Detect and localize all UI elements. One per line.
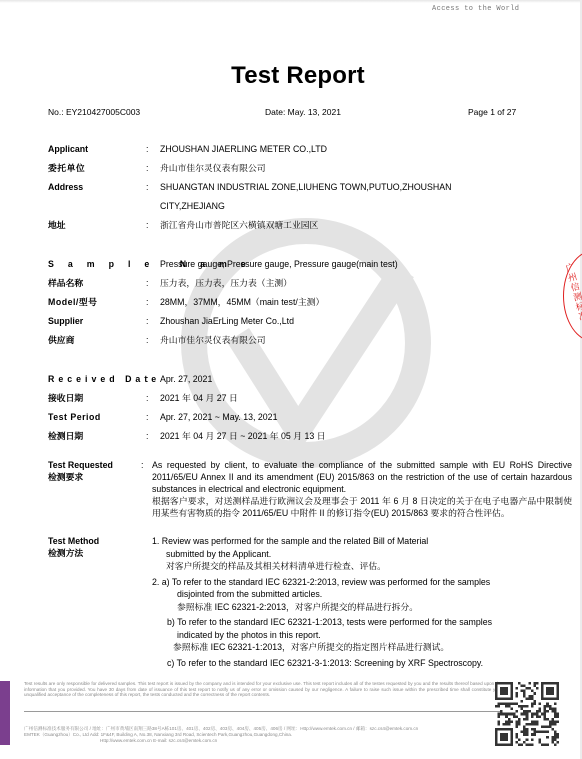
field-colon: : xyxy=(146,334,148,346)
test-requested-label: Test Requested 检测要求 xyxy=(48,459,113,483)
test-method-line: indicated by the photos in this report. xyxy=(152,629,572,642)
test-method-line: disjointed from the submitted articles. xyxy=(152,588,572,601)
footer-contact: Http://www.emtek.com.cn E-mail: szc.cs4@… xyxy=(100,738,217,743)
test-method-line: 1. Review was performed for the sample a… xyxy=(152,535,572,548)
test-requested-text: As requested by client, to evaluate the … xyxy=(152,459,572,519)
field-colon: : xyxy=(146,162,148,174)
test-method-line: c) To refer to the standard IEC 62321-3-… xyxy=(152,657,572,670)
field-label: Test Period xyxy=(48,411,101,423)
field-value: 浙江省舟山市普陀区六横镇双塘工业园区 xyxy=(160,219,318,231)
test-requested-cn: 根据客户要求，对送测样品进行欧洲议会及理事会于 2011 年 6 月 8 日决定… xyxy=(152,495,572,519)
field-value: Zhoushan JiaErLing Meter Co.,Ltd xyxy=(160,315,294,327)
field-colon: : xyxy=(146,373,148,385)
test-method-list: 1. Review was performed for the sample a… xyxy=(152,535,572,669)
footer-divider xyxy=(24,711,502,712)
test-method-label: Test Method 检测方法 xyxy=(48,535,99,559)
test-method-line: 参照标准 IEC 62321-1:2013，对客户所提交的指定图片样品进行测试。 xyxy=(152,641,572,654)
field-value: 28MM，37MM，45MM（main test/主测） xyxy=(160,296,324,308)
field-value: CITY,ZHEJIANG xyxy=(160,200,225,212)
page-number: Page 1 of 27 xyxy=(468,107,516,117)
field-colon: : xyxy=(146,411,148,423)
field-value: 舟山市佳尔灵仪表有限公司 xyxy=(160,334,266,346)
field-colon: : xyxy=(146,430,148,442)
field-colon: : xyxy=(146,277,148,289)
field-value: Apr. 27, 2021 xyxy=(160,373,212,385)
test-method-line: 对客户所提交的样品及其相关材料清单进行检查、评估。 xyxy=(152,560,572,573)
page-title: Test Report xyxy=(0,62,582,90)
test-method-line: 参照标准 IEC 62321-2:2013，对客户所提交的样品进行拆分。 xyxy=(152,601,572,614)
field-label: 委托单位 xyxy=(48,162,85,174)
field-colon: : xyxy=(146,143,148,155)
field-label: 样品名称 xyxy=(48,277,83,289)
field-colon: : xyxy=(146,296,148,308)
field-label: Address xyxy=(48,181,83,193)
test-method-line: 2. a) To refer to the standard IEC 62321… xyxy=(152,576,572,589)
field-colon: : xyxy=(146,181,148,193)
report-date: Date: May. 13, 2021 xyxy=(265,107,341,117)
field-label: Received Date xyxy=(48,373,160,385)
field-colon: : xyxy=(146,392,148,404)
field-value: Pressure gauge, Pressure gauge, Pressure… xyxy=(160,258,398,270)
field-value: 舟山市佳尔灵仪表有限公司 xyxy=(160,162,266,174)
field-colon: : xyxy=(146,258,148,270)
test-requested-colon: : xyxy=(141,459,143,471)
field-value: ZHOUSHAN JIAERLING METER CO.,LTD xyxy=(160,143,327,155)
top-shadow xyxy=(0,0,582,3)
field-label: Model/型号 xyxy=(48,296,97,308)
field-label: 地址 xyxy=(48,219,66,231)
field-colon: : xyxy=(146,219,148,231)
field-label: Applicant xyxy=(48,143,88,155)
field-value: SHUANGTAN INDUSTRIAL ZONE,LIUHENG TOWN,P… xyxy=(160,181,451,193)
field-label: 检测日期 xyxy=(48,430,83,442)
field-value: 压力表，压力表，压力表（主测） xyxy=(160,277,292,289)
report-number: No.: EY210427005C003 xyxy=(48,107,140,117)
field-value: Apr. 27, 2021 ~ May. 13, 2021 xyxy=(160,411,277,423)
footer-disclaimer: Test results are only responsible for de… xyxy=(24,681,502,698)
test-requested-en: As requested by client, to evaluate the … xyxy=(152,459,572,495)
tagline: Access to the World xyxy=(432,5,519,13)
field-value: 2021 年 04 月 27 日 ~ 2021 年 05 月 13 日 xyxy=(160,430,326,442)
test-method-line: b) To refer to the standard IEC 62321-1:… xyxy=(152,616,572,629)
field-colon: : xyxy=(146,315,148,327)
qr-code-icon xyxy=(495,682,559,746)
field-label: Supplier xyxy=(48,315,83,327)
brand-bar xyxy=(0,681,10,745)
field-value: 2021 年 04 月 27 日 xyxy=(160,392,238,404)
test-method-line: submitted by the Applicant. xyxy=(152,548,572,561)
field-label: 供应商 xyxy=(48,334,74,346)
field-label: 接收日期 xyxy=(48,392,83,404)
